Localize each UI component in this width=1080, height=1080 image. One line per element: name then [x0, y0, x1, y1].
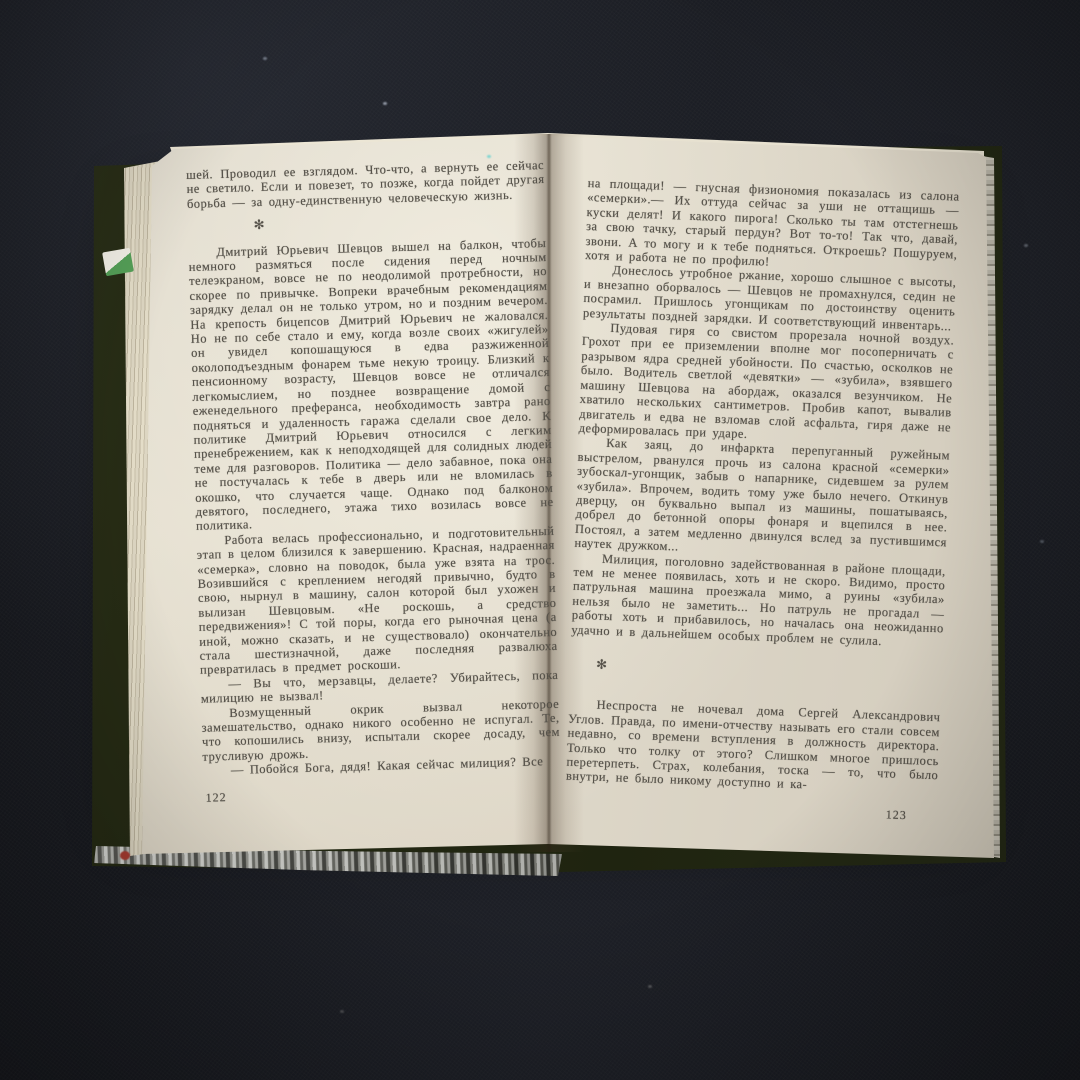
dust-speck: [1024, 244, 1028, 247]
dust-speck: [648, 985, 652, 988]
bookmark-sticker: [102, 248, 134, 276]
paragraph: Пудовая гиря со свистом прорезала ночной…: [578, 320, 954, 449]
photo-scene: шей. Проводил ее взглядом. Что-что, а ве…: [0, 0, 1080, 1080]
dust-speck: [1040, 540, 1044, 543]
dust-speck: [340, 1010, 344, 1013]
dust-speck: [487, 155, 491, 158]
left-page-text: шей. Проводил ее взглядом. Что-что, а ве…: [186, 158, 562, 805]
paragraph: Милиция, поголовно задействованная в рай…: [571, 550, 946, 650]
paragraph: шей. Проводил ее взглядом. Что-что, а ве…: [186, 158, 545, 211]
paragraph: Возмущенный окрик вызвал некоторое замеш…: [201, 696, 560, 764]
dust-speck: [383, 102, 387, 105]
paragraph: на площади! — гнусная физиономия показал…: [585, 176, 960, 276]
paragraph: Неспроста не ночевал дома Сергей Алексан…: [566, 697, 941, 797]
paragraph: Работа велась профессионально, и подгото…: [196, 524, 558, 678]
section-separator: ✻: [570, 657, 942, 685]
paragraph: Как заяц, до инфаркта перепуганный ружей…: [574, 435, 950, 564]
section-separator: ✻: [187, 210, 545, 234]
dust-speck: [263, 57, 267, 60]
red-fleck: [120, 851, 130, 860]
paragraph: Дмитрий Юрьевич Шевцов вышел на балкон, …: [188, 236, 554, 534]
right-page-text: на площади! — гнусная физиономия показал…: [565, 176, 960, 823]
